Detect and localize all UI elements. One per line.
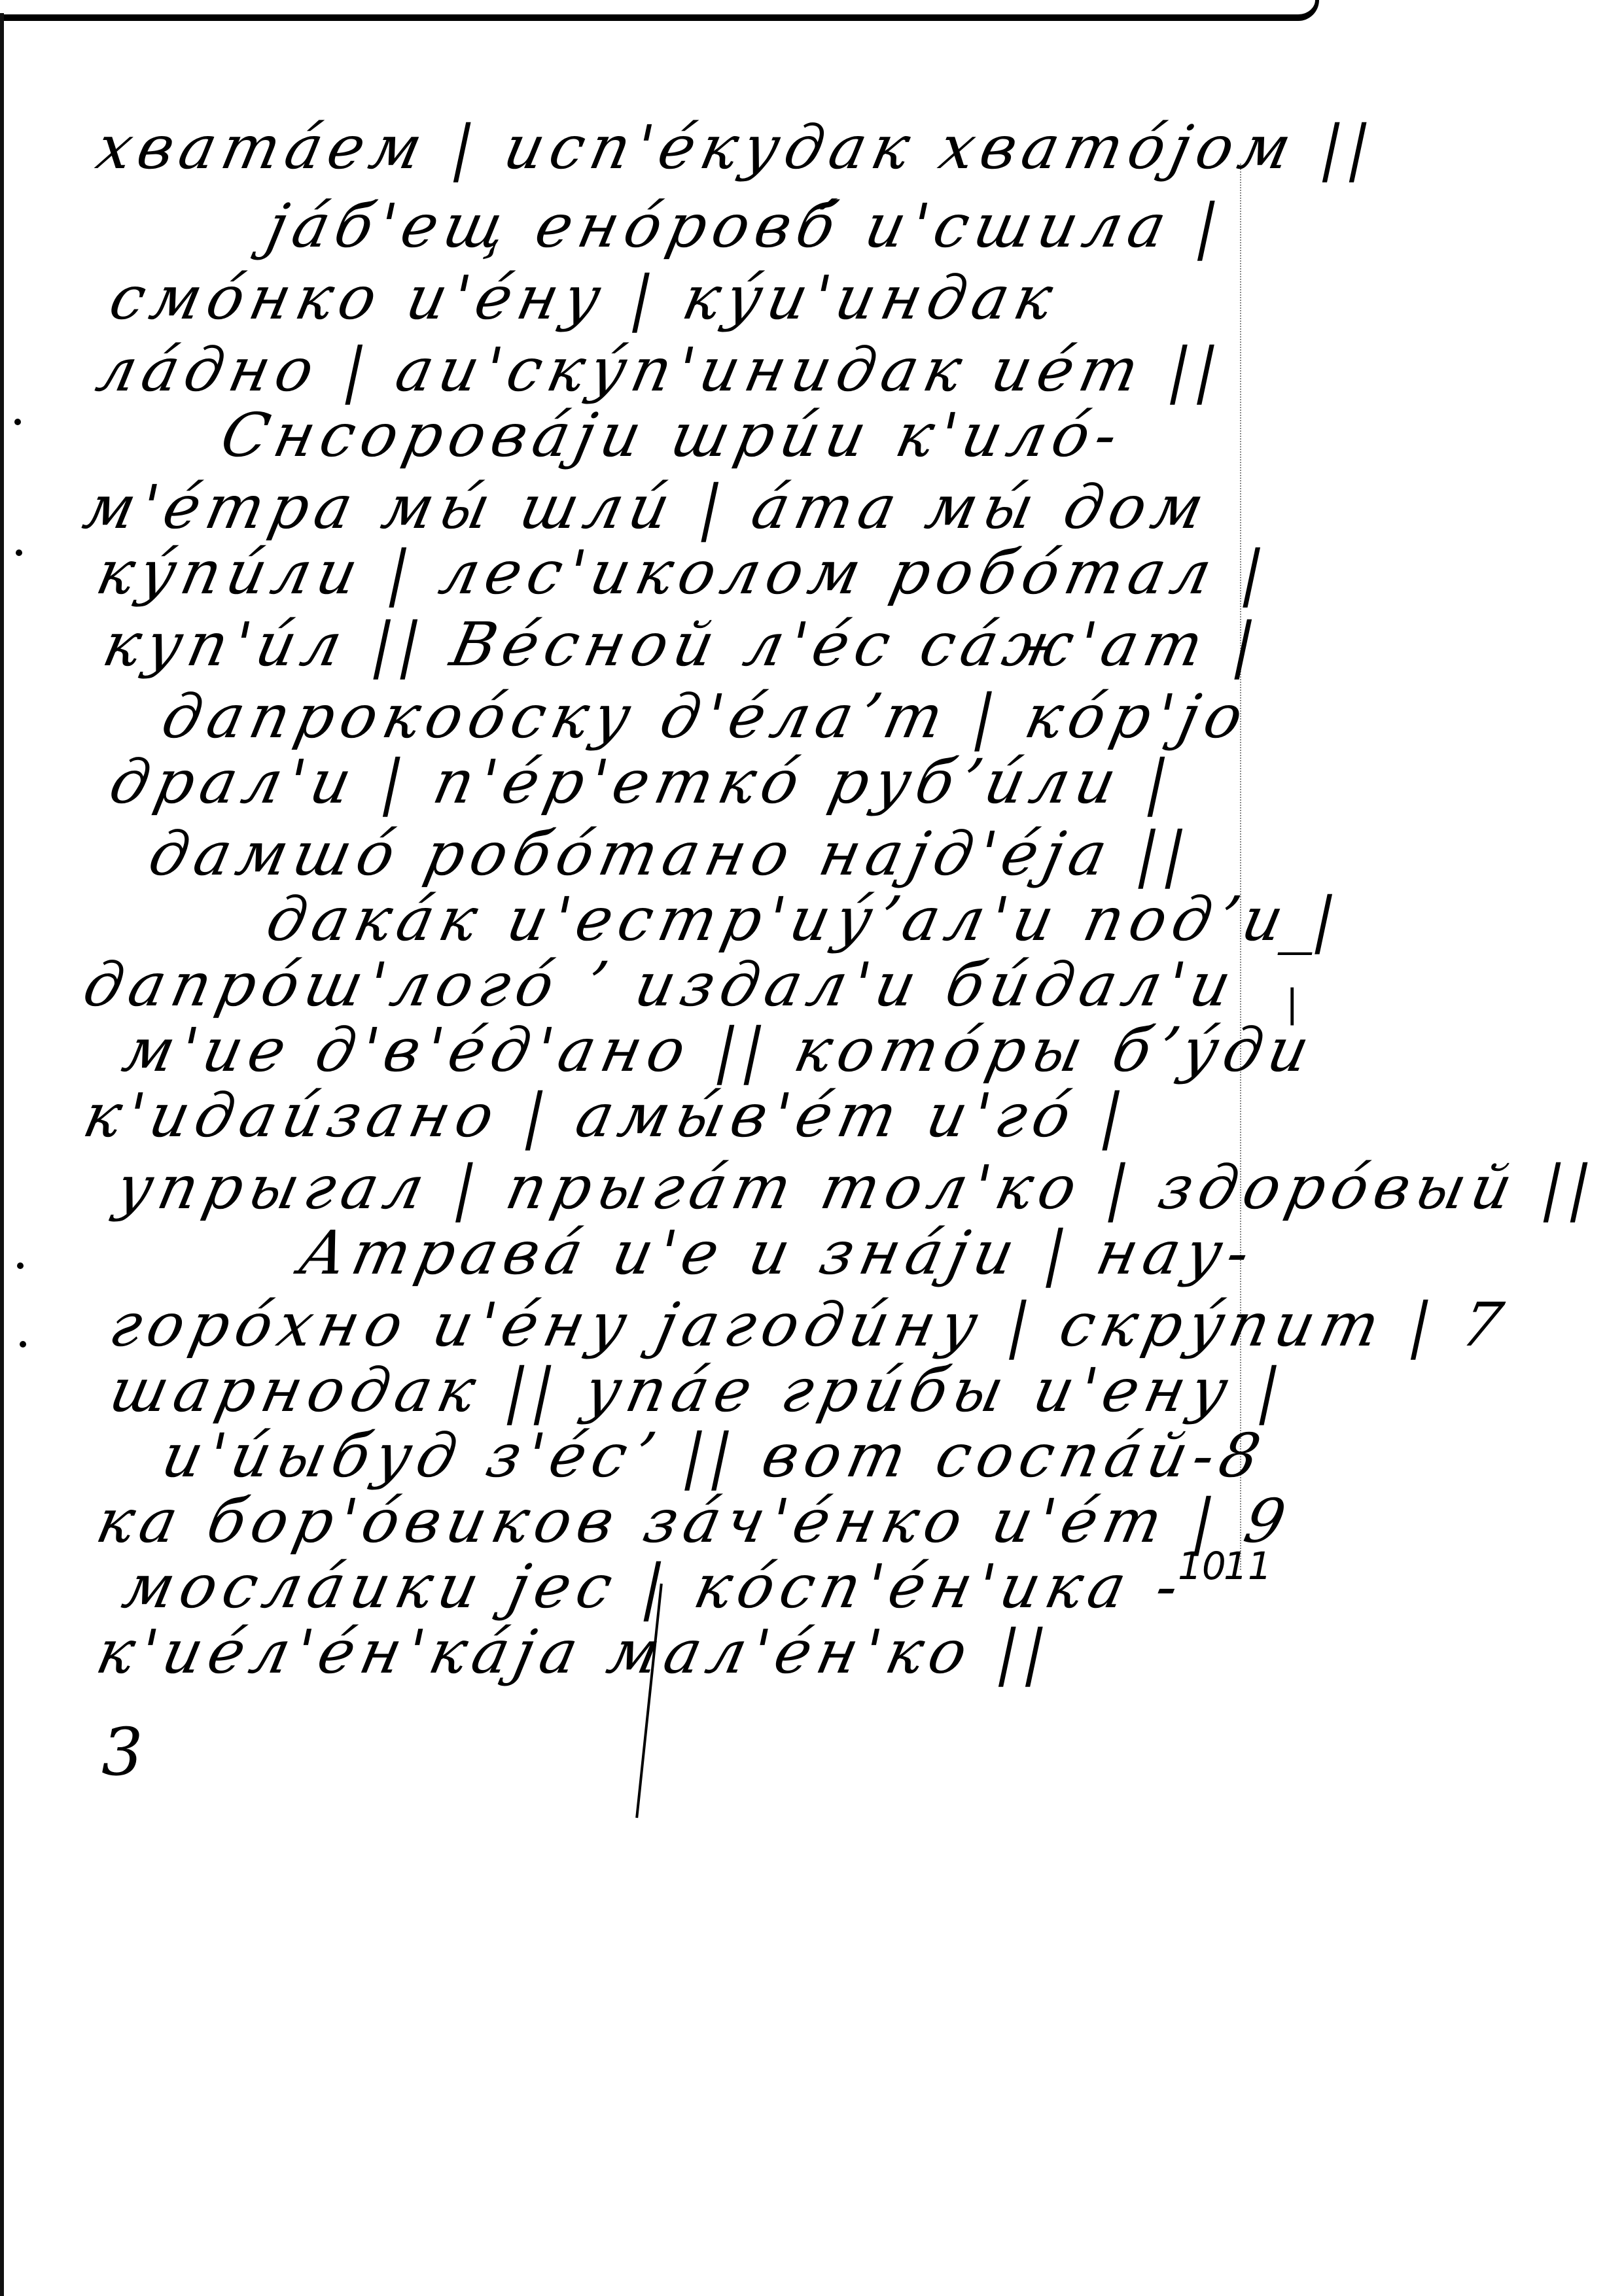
text-line-20: и'и́ыбуд з'е́сʼ || вот соспа́й-8 <box>157 1426 1271 1486</box>
page-number: 3 <box>101 1714 143 1790</box>
text-line-2: ја́б'ещ ено́ровб́ и'сшила | <box>262 196 1230 256</box>
text-line-19: шарнодак || упа́е гри́бы и'ену | <box>105 1361 1292 1421</box>
margin-mark-bar: | <box>1286 981 1299 1026</box>
page-left-edge <box>0 13 4 2296</box>
text-line-13: дапро́ш'лого́ ʼ издал'и би́дал'и <box>79 955 1243 1015</box>
text-line-4: ла́дно | аи'ску́п'инидак ие́т || <box>92 340 1229 400</box>
text-line-17: Атрава́ и'е и зна́ји | нау- <box>294 1223 1261 1283</box>
text-line-6: м'е́тра мы́ шли́ | а́та мы́ дом <box>79 478 1215 538</box>
text-line-18: горо́хно и'е́ну јагоди́ну | скру́пит | 7 <box>105 1295 1514 1355</box>
text-line-15: к'идаи́зано | амы́в'е́т и'го́ | <box>79 1086 1135 1146</box>
text-line-10: драл'и | п'е́р'етко́ рубʼи́ли | <box>105 752 1180 812</box>
text-line-9: дапрокоо́ску д'е́лаʼт | ко́р'јо <box>157 687 1254 747</box>
text-line-7: ку́пи́ли | лес'иколом робо́тал | <box>92 543 1275 603</box>
margin-number-11: 11 <box>1224 1544 1272 1588</box>
text-line-11: дамшо́ робо́тано најд'е́ја || <box>144 824 1198 884</box>
text-line-12: дака́к и'естр'иу́ʼал'и подʼи | <box>262 890 1347 950</box>
margin-number-10: 10 <box>1178 1544 1226 1588</box>
margin-dot <box>16 549 22 556</box>
text-line-23: к'ие́л'е́н'ка́ја мал'е́н'ко || <box>92 1622 1058 1682</box>
margin-mark-dash: — <box>1276 929 1314 973</box>
margin-dot <box>20 1341 26 1348</box>
text-line-3: смо́нко и'е́ну | ку́и'индак <box>105 268 1064 328</box>
text-line-5: Снсорова́ји шри́и к'ило́- <box>216 406 1129 466</box>
text-line-22: мосла́ики јес | ко́сп'е́н'ика - <box>118 1557 1190 1617</box>
text-line-21: ка бор'о́виков за́ч'е́нко и'е́т | 9 <box>92 1491 1297 1552</box>
page-top-edge <box>0 0 1319 21</box>
margin-dot <box>14 419 21 425</box>
text-line-1: хвата́ем | исп'е́кудак хвато́јом || <box>92 118 1382 178</box>
text-line-14: м'ие д'в'е́д'ано || кото́ры бʼу́ди <box>118 1020 1320 1081</box>
margin-dot <box>17 1262 24 1269</box>
text-line-8: куп'и́л || Ве́сной л'е́с са́ж'ат | <box>98 615 1267 675</box>
text-line-16: упрыгал | прыга́т тол'ко | здоро́вый || <box>111 1158 1603 1218</box>
